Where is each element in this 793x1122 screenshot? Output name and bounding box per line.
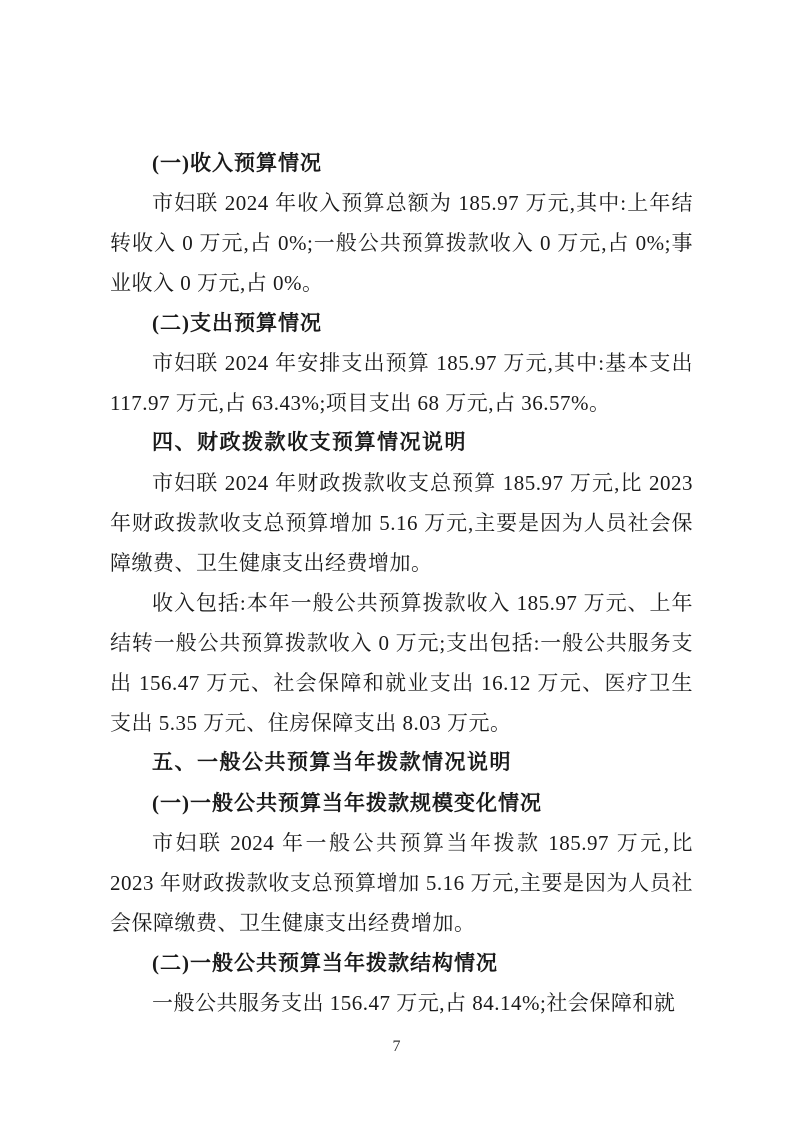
heading-section-4-fiscal-allocation: 四、财政拨款收支预算情况说明 [110, 423, 693, 463]
document-page: (一)收入预算情况 市妇联 2024 年收入预算总额为 185.97 万元,其中… [0, 0, 793, 1122]
heading-section-5-public-budget: 五、一般公共预算当年拨款情况说明 [110, 743, 693, 783]
paragraph-income-expenditure-detail: 收入包括:本年一般公共预算拨款收入 185.97 万元、上年结转一般公共预算拨款… [110, 583, 693, 743]
paragraph-income-budget: 市妇联 2024 年收入预算总额为 185.97 万元,其中:上年结转收入 0 … [110, 183, 693, 303]
paragraph-allocation-scale: 市妇联 2024 年一般公共预算当年拨款 185.97 万元,比 2023 年财… [110, 823, 693, 943]
paragraph-allocation-structure: 一般公共服务支出 156.47 万元,占 84.14%;社会保障和就 [110, 983, 693, 1023]
page-number: 7 [0, 1036, 793, 1058]
subheading-allocation-scale-change: (一)一般公共预算当年拨款规模变化情况 [110, 783, 693, 823]
document-content: (一)收入预算情况 市妇联 2024 年收入预算总额为 185.97 万元,其中… [110, 143, 693, 1023]
subheading-allocation-structure: (二)一般公共预算当年拨款结构情况 [110, 943, 693, 983]
subheading-income-budget: (一)收入预算情况 [110, 143, 693, 183]
paragraph-expenditure-budget: 市妇联 2024 年安排支出预算 185.97 万元,其中:基本支出 117.9… [110, 343, 693, 423]
subheading-expenditure-budget: (二)支出预算情况 [110, 303, 693, 343]
paragraph-fiscal-total: 市妇联 2024 年财政拨款收支总预算 185.97 万元,比 2023 年财政… [110, 463, 693, 583]
